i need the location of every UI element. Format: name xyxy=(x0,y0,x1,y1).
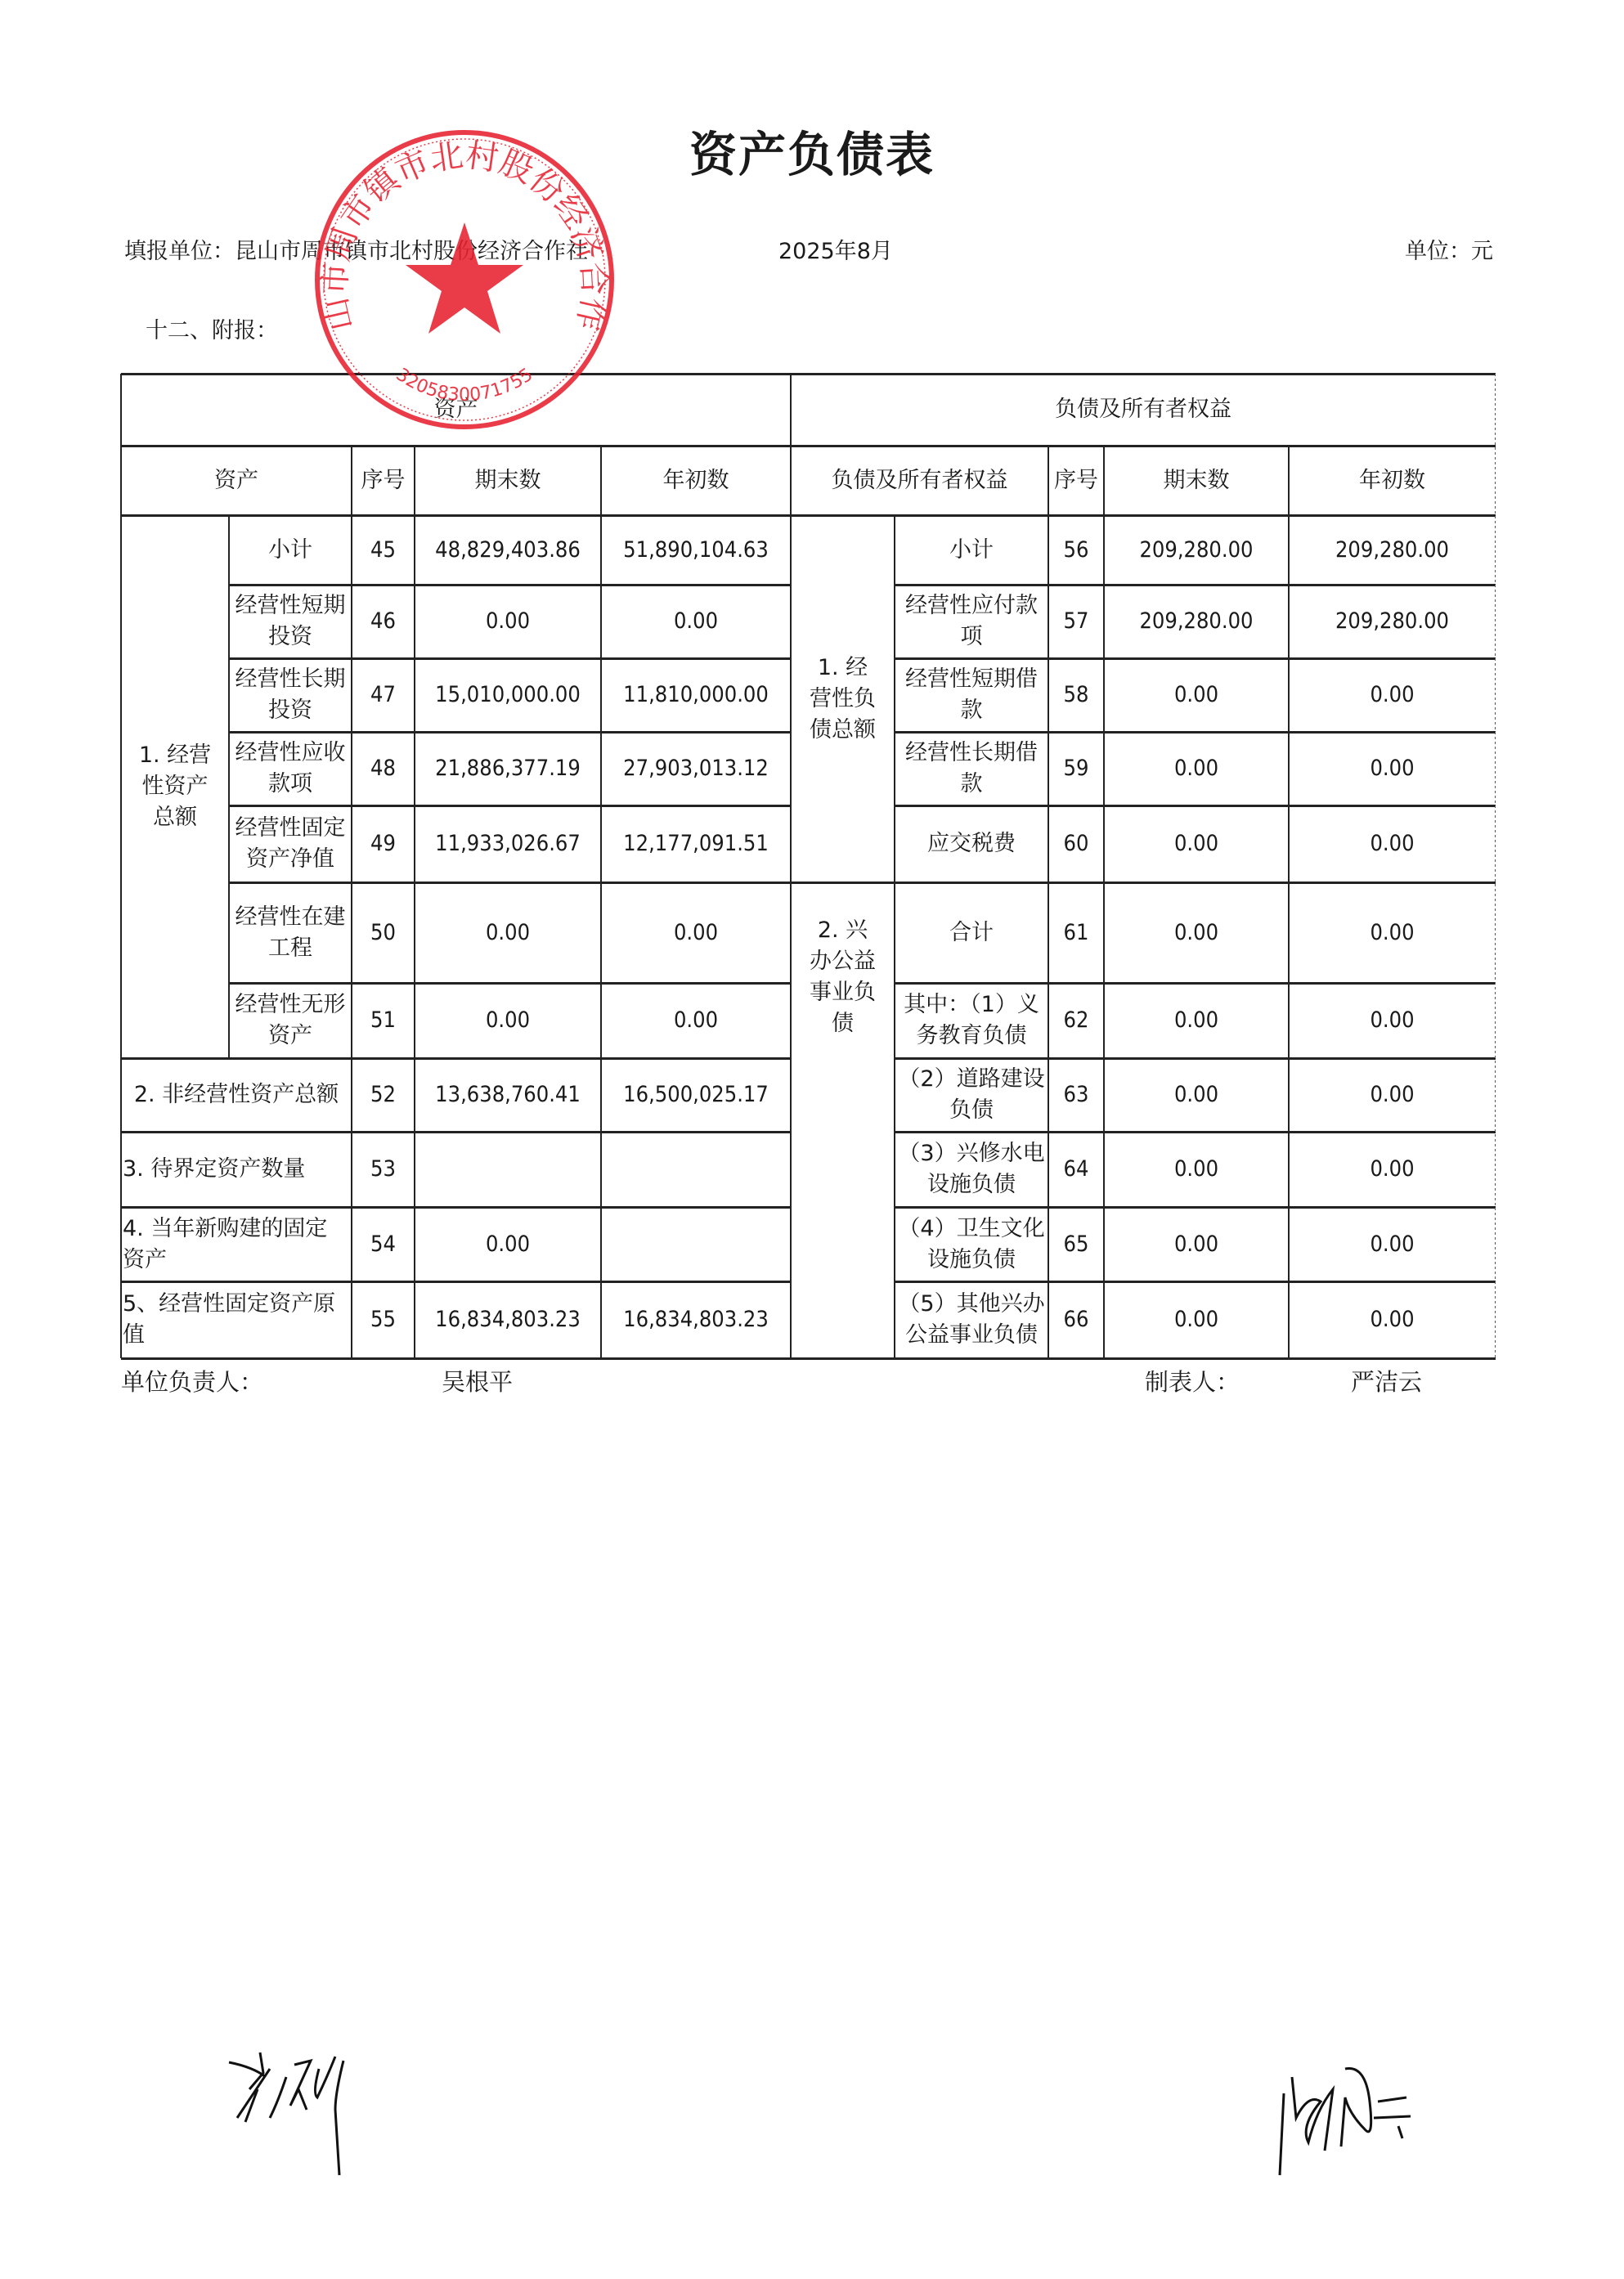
right-row-label-text: 经营性长期借款 xyxy=(898,738,1045,800)
left-row-seq: 45 xyxy=(352,515,415,585)
right-row-seq-text: 65 xyxy=(1064,1229,1089,1260)
left-row-end-value-text: 11,933,026.67 xyxy=(435,828,581,859)
right-row-label-text: 经营性应付款项 xyxy=(898,590,1045,653)
left-row-label: 经营性长期投资 xyxy=(229,658,352,732)
left-header-text: 序号 xyxy=(361,465,406,496)
column-divider xyxy=(228,515,230,1058)
left-row-label-text: 小计 xyxy=(268,535,312,566)
row-divider xyxy=(895,657,1496,660)
right-header-text: 序号 xyxy=(1054,465,1098,496)
row-divider xyxy=(229,882,791,884)
right-row-label-text: （5）其他兴办公益事业负债 xyxy=(898,1289,1045,1351)
row-divider xyxy=(121,1057,791,1060)
right-row-begin-value-text: 0.00 xyxy=(1370,1005,1414,1036)
right-row-label: （3）兴修水电设施负债 xyxy=(895,1132,1048,1207)
left-row-begin-value xyxy=(601,1207,791,1281)
head-label: 单位负责人： xyxy=(121,1364,263,1397)
right-row-label-text: （2）道路建设负债 xyxy=(898,1064,1045,1126)
row-divider xyxy=(895,982,1496,985)
left-row-label-text: 5、经营性固定资产原值 xyxy=(123,1289,348,1351)
left-row-seq-text: 52 xyxy=(370,1079,396,1110)
left-header: 资产 xyxy=(121,446,352,515)
right-row-begin-value: 0.00 xyxy=(1289,882,1496,983)
left-row-seq: 53 xyxy=(352,1132,415,1207)
right-row-label-text: （4）卫生文化设施负债 xyxy=(898,1214,1045,1276)
column-divider xyxy=(414,446,415,1358)
column-divider xyxy=(1495,374,1496,1358)
left-row-end-value-text: 13,638,760.41 xyxy=(435,1079,581,1110)
right-row-begin-value-text: 0.00 xyxy=(1370,828,1414,859)
left-row-end-value: 11,933,026.67 xyxy=(415,805,601,882)
left-row-begin-value-text: 16,500,025.17 xyxy=(623,1079,769,1110)
right-row-label-text: 小计 xyxy=(949,535,994,566)
left-row-label-text: 4. 当年新购建的固定资产 xyxy=(123,1214,348,1276)
right-row-end-value: 0.00 xyxy=(1104,1132,1289,1207)
right-row-end-value-text: 0.00 xyxy=(1174,1154,1218,1185)
left-row-seq: 46 xyxy=(352,585,415,658)
right-row-seq-text: 57 xyxy=(1064,606,1089,637)
right-row-begin-value-text: 0.00 xyxy=(1370,680,1414,711)
left-row-end-value: 0.00 xyxy=(415,585,601,658)
left-header: 序号 xyxy=(352,446,415,515)
row-divider xyxy=(229,657,791,660)
right-row-label: 合计 xyxy=(895,882,1048,983)
left-row-seq-text: 54 xyxy=(370,1229,396,1260)
right-row-begin-value-text: 0.00 xyxy=(1370,1079,1414,1110)
right-row-end-value-text: 0.00 xyxy=(1174,1304,1218,1335)
right-row-seq-text: 66 xyxy=(1064,1304,1089,1335)
left-row-begin-value-text: 0.00 xyxy=(674,606,718,637)
right-row-begin-value: 209,280.00 xyxy=(1289,515,1496,585)
right-group-public-welfare-liabilities: 2. 兴办公益事业负债 xyxy=(791,882,895,1358)
right-row-end-value: 0.00 xyxy=(1104,1207,1289,1281)
right-row-end-value-text: 0.00 xyxy=(1174,1005,1218,1036)
right-section-title-text: 负债及所有者权益 xyxy=(1055,394,1231,425)
right-row-label-text: 应交税费 xyxy=(927,828,1016,859)
left-row-end-value-text: 48,829,403.86 xyxy=(435,535,581,566)
column-divider xyxy=(1288,446,1290,1358)
left-row-label: 3. 待界定资产数量 xyxy=(121,1132,352,1207)
right-header-text: 年初数 xyxy=(1359,465,1425,496)
row-divider xyxy=(121,1357,791,1360)
right-row-seq: 66 xyxy=(1048,1281,1104,1358)
right-row-label-text: 合计 xyxy=(949,917,994,949)
left-row-seq: 51 xyxy=(352,983,415,1058)
right-row-begin-value: 0.00 xyxy=(1289,1058,1496,1132)
left-row-begin-value: 0.00 xyxy=(601,585,791,658)
row-divider xyxy=(791,1357,1496,1360)
left-row-label: 4. 当年新购建的固定资产 xyxy=(121,1207,352,1281)
left-header: 年初数 xyxy=(601,446,791,515)
row-divider xyxy=(895,1281,1496,1283)
right-row-seq: 58 xyxy=(1048,658,1104,732)
right-row-begin-value: 209,280.00 xyxy=(1289,585,1496,658)
row-divider xyxy=(121,1206,791,1209)
right-row-label: 其中：（1）义务教育负债 xyxy=(895,983,1048,1058)
left-row-label-text: 经营性无形资产 xyxy=(232,989,348,1052)
left-row-end-value: 0.00 xyxy=(415,983,601,1058)
left-row-begin-value: 12,177,091.51 xyxy=(601,805,791,882)
row-divider xyxy=(229,805,791,807)
right-row-begin-value: 0.00 xyxy=(1289,1207,1496,1281)
right-row-end-value: 209,280.00 xyxy=(1104,515,1289,585)
row-divider xyxy=(895,1131,1496,1133)
right-group-operating-liabilities-text: 1. 经营性负债总额 xyxy=(799,653,886,746)
row-divider xyxy=(121,373,1496,375)
right-row-seq-text: 63 xyxy=(1064,1079,1089,1110)
left-row-seq-text: 49 xyxy=(370,828,396,859)
left-row-begin-value: 51,890,104.63 xyxy=(601,515,791,585)
right-row-begin-value: 0.00 xyxy=(1289,732,1496,805)
left-row-seq: 54 xyxy=(352,1207,415,1281)
left-row-begin-value xyxy=(601,1132,791,1207)
left-row-end-value: 13,638,760.41 xyxy=(415,1058,601,1132)
right-row-seq: 65 xyxy=(1048,1207,1104,1281)
right-row-label: （2）道路建设负债 xyxy=(895,1058,1048,1132)
right-row-seq-text: 59 xyxy=(1064,753,1089,784)
right-section-title: 负债及所有者权益 xyxy=(791,374,1496,446)
right-row-end-value: 0.00 xyxy=(1104,983,1289,1058)
row-divider xyxy=(791,882,1496,884)
left-row-begin-value-text: 27,903,013.12 xyxy=(623,753,769,784)
right-row-seq-text: 62 xyxy=(1064,1005,1089,1036)
left-row-end-value: 16,834,803.23 xyxy=(415,1281,601,1358)
right-row-end-value: 0.00 xyxy=(1104,805,1289,882)
right-row-end-value: 0.00 xyxy=(1104,1281,1289,1358)
left-row-seq-text: 48 xyxy=(370,753,396,784)
row-divider xyxy=(229,584,791,586)
column-divider xyxy=(600,446,602,1358)
currency-unit: 单位：元 xyxy=(1405,233,1493,265)
preparer-name: 严洁云 xyxy=(1351,1364,1422,1397)
left-row-begin-value-text: 12,177,091.51 xyxy=(623,828,769,859)
right-row-end-value: 0.00 xyxy=(1104,732,1289,805)
right-row-label: 小计 xyxy=(895,515,1048,585)
left-row-label-text: 经营性应收款项 xyxy=(232,738,348,800)
right-row-begin-value-text: 0.00 xyxy=(1370,1229,1414,1260)
right-row-label: 经营性长期借款 xyxy=(895,732,1048,805)
right-row-end-value-text: 209,280.00 xyxy=(1139,535,1253,566)
left-row-label-text: 经营性固定资产净值 xyxy=(232,813,348,875)
left-row-begin-value: 27,903,013.12 xyxy=(601,732,791,805)
right-row-seq: 60 xyxy=(1048,805,1104,882)
row-divider xyxy=(229,982,791,985)
right-row-begin-value: 0.00 xyxy=(1289,983,1496,1058)
left-row-label: 5、经营性固定资产原值 xyxy=(121,1281,352,1358)
right-row-begin-value: 0.00 xyxy=(1289,658,1496,732)
column-divider xyxy=(120,374,122,1358)
right-row-end-value-text: 0.00 xyxy=(1174,680,1218,711)
right-header: 序号 xyxy=(1048,446,1104,515)
right-row-end-value-text: 0.00 xyxy=(1174,917,1218,949)
left-row-end-value xyxy=(415,1132,601,1207)
right-row-end-value: 0.00 xyxy=(1104,882,1289,983)
right-row-seq: 61 xyxy=(1048,882,1104,983)
right-row-seq: 63 xyxy=(1048,1058,1104,1132)
right-header-text: 期末数 xyxy=(1164,465,1230,496)
right-row-label: 经营性短期借款 xyxy=(895,658,1048,732)
left-row-end-value: 0.00 xyxy=(415,882,601,983)
right-row-label: 经营性应付款项 xyxy=(895,585,1048,658)
left-row-seq-text: 51 xyxy=(370,1005,396,1036)
left-row-begin-value: 0.00 xyxy=(601,882,791,983)
left-row-label: 小计 xyxy=(229,515,352,585)
right-header: 年初数 xyxy=(1289,446,1496,515)
right-row-label-text: （3）兴修水电设施负债 xyxy=(898,1138,1045,1200)
fill-unit: 填报单位：昆山市周市镇市北村股份经济合作社 xyxy=(124,233,588,265)
right-row-label: （5）其他兴办公益事业负债 xyxy=(895,1281,1048,1358)
left-header-text: 期末数 xyxy=(475,465,541,496)
left-row-end-value-text: 0.00 xyxy=(486,917,530,949)
right-row-begin-value-text: 209,280.00 xyxy=(1335,535,1449,566)
report-period: 2025年8月 xyxy=(778,233,893,265)
right-row-seq: 62 xyxy=(1048,983,1104,1058)
left-row-seq-text: 45 xyxy=(370,535,396,566)
row-divider xyxy=(895,1057,1496,1060)
left-section-title: 资产 xyxy=(121,374,791,446)
left-row-begin-value-text: 16,834,803.23 xyxy=(623,1304,769,1335)
right-row-begin-value: 0.00 xyxy=(1289,1281,1496,1358)
left-row-seq: 48 xyxy=(352,732,415,805)
right-row-label: 应交税费 xyxy=(895,805,1048,882)
left-row-label-text: 2. 非经营性资产总额 xyxy=(134,1079,339,1110)
right-row-label-text: 其中：（1）义务教育负债 xyxy=(898,989,1045,1052)
column-divider xyxy=(351,446,352,1358)
left-row-label: 经营性应收款项 xyxy=(229,732,352,805)
left-row-seq-text: 55 xyxy=(370,1304,396,1335)
left-row-end-value-text: 0.00 xyxy=(486,1229,530,1260)
appendix-label: 十二、附报： xyxy=(146,312,278,344)
right-row-end-value: 0.00 xyxy=(1104,1058,1289,1132)
left-row-seq: 52 xyxy=(352,1058,415,1132)
right-row-begin-value-text: 209,280.00 xyxy=(1335,606,1449,637)
left-row-seq-text: 50 xyxy=(370,917,396,949)
left-row-seq: 55 xyxy=(352,1281,415,1358)
left-row-label: 经营性短期投资 xyxy=(229,585,352,658)
right-row-seq: 56 xyxy=(1048,515,1104,585)
left-row-begin-value: 11,810,000.00 xyxy=(601,658,791,732)
column-divider xyxy=(790,374,792,1358)
left-row-seq-text: 46 xyxy=(370,606,396,637)
right-row-end-value: 209,280.00 xyxy=(1104,585,1289,658)
right-row-seq: 57 xyxy=(1048,585,1104,658)
left-row-begin-value-text: 0.00 xyxy=(674,917,718,949)
left-row-end-value-text: 16,834,803.23 xyxy=(435,1304,581,1335)
right-row-seq-text: 58 xyxy=(1064,680,1089,711)
right-header: 负债及所有者权益 xyxy=(791,446,1048,515)
right-row-begin-value-text: 0.00 xyxy=(1370,1154,1414,1185)
left-group-operating-assets-text: 1. 经营性资产总额 xyxy=(129,740,221,833)
left-row-label: 经营性无形资产 xyxy=(229,983,352,1058)
right-row-label: （4）卫生文化设施负债 xyxy=(895,1207,1048,1281)
row-divider xyxy=(895,731,1496,733)
right-header-text: 负债及所有者权益 xyxy=(832,465,1008,496)
left-row-label-text: 经营性长期投资 xyxy=(232,664,348,726)
right-row-seq: 59 xyxy=(1048,732,1104,805)
left-header-text: 资产 xyxy=(214,465,258,496)
head-name: 吴根平 xyxy=(442,1364,513,1397)
left-row-seq: 50 xyxy=(352,882,415,983)
right-row-label-text: 经营性短期借款 xyxy=(898,664,1045,726)
left-row-seq-text: 47 xyxy=(370,680,396,711)
right-row-end-value-text: 0.00 xyxy=(1174,1079,1218,1110)
left-row-begin-value-text: 11,810,000.00 xyxy=(623,680,769,711)
right-row-begin-value-text: 0.00 xyxy=(1370,753,1414,784)
left-row-seq: 47 xyxy=(352,658,415,732)
right-group-operating-liabilities: 1. 经营性负债总额 xyxy=(791,515,895,882)
left-row-label-text: 经营性在建工程 xyxy=(232,902,348,964)
left-row-begin-value: 16,834,803.23 xyxy=(601,1281,791,1358)
right-row-begin-value: 0.00 xyxy=(1289,1132,1496,1207)
left-row-label: 经营性固定资产净值 xyxy=(229,805,352,882)
left-row-begin-value-text: 51,890,104.63 xyxy=(623,535,769,566)
left-section-title-text: 资产 xyxy=(434,394,478,425)
document-title: 资产负债表 xyxy=(0,116,1624,185)
left-row-label: 经营性在建工程 xyxy=(229,882,352,983)
left-row-end-value-text: 15,010,000.00 xyxy=(435,680,581,711)
row-divider xyxy=(229,731,791,733)
left-header: 期末数 xyxy=(415,446,601,515)
left-row-label-text: 3. 待界定资产数量 xyxy=(123,1154,305,1185)
right-row-begin-value-text: 0.00 xyxy=(1370,1304,1414,1335)
right-row-seq-text: 60 xyxy=(1064,828,1089,859)
left-header-text: 年初数 xyxy=(663,465,729,496)
right-row-begin-value-text: 0.00 xyxy=(1370,917,1414,949)
right-row-seq-text: 56 xyxy=(1064,535,1089,566)
preparer-signature xyxy=(1276,2061,1456,2192)
right-row-end-value-text: 0.00 xyxy=(1174,753,1218,784)
left-row-label: 2. 非经营性资产总额 xyxy=(121,1058,352,1132)
right-row-seq-text: 64 xyxy=(1064,1154,1089,1185)
row-divider xyxy=(121,1281,791,1283)
left-row-begin-value: 16,500,025.17 xyxy=(601,1058,791,1132)
left-row-end-value: 48,829,403.86 xyxy=(415,515,601,585)
right-row-begin-value: 0.00 xyxy=(1289,805,1496,882)
left-row-begin-value: 0.00 xyxy=(601,983,791,1058)
column-divider xyxy=(1048,446,1049,1358)
left-group-operating-assets: 1. 经营性资产总额 xyxy=(121,515,229,1058)
right-row-end-value: 0.00 xyxy=(1104,658,1289,732)
right-row-end-value-text: 0.00 xyxy=(1174,828,1218,859)
left-row-label-text: 经营性短期投资 xyxy=(232,590,348,653)
left-row-begin-value-text: 0.00 xyxy=(674,1005,718,1036)
left-row-end-value: 0.00 xyxy=(415,1207,601,1281)
right-header: 期末数 xyxy=(1104,446,1289,515)
right-row-seq-text: 61 xyxy=(1064,917,1089,949)
left-row-end-value-text: 0.00 xyxy=(486,1005,530,1036)
left-row-end-value: 21,886,377.19 xyxy=(415,732,601,805)
right-group-public-welfare-liabilities-text: 2. 兴办公益事业负债 xyxy=(799,899,886,1039)
row-divider xyxy=(895,805,1496,807)
right-row-seq: 64 xyxy=(1048,1132,1104,1207)
head-signature xyxy=(221,2044,384,2208)
right-row-end-value-text: 209,280.00 xyxy=(1139,606,1253,637)
row-divider xyxy=(895,584,1496,586)
right-row-end-value-text: 0.00 xyxy=(1174,1229,1218,1260)
left-row-seq: 49 xyxy=(352,805,415,882)
row-divider xyxy=(121,1131,791,1133)
column-divider xyxy=(1103,446,1105,1358)
column-divider xyxy=(894,515,895,1358)
left-row-end-value-text: 21,886,377.19 xyxy=(435,753,581,784)
row-divider xyxy=(895,1206,1496,1209)
preparer-label: 制表人： xyxy=(1145,1364,1240,1397)
left-row-end-value: 15,010,000.00 xyxy=(415,658,601,732)
left-row-seq-text: 53 xyxy=(370,1154,396,1185)
left-row-end-value-text: 0.00 xyxy=(486,606,530,637)
